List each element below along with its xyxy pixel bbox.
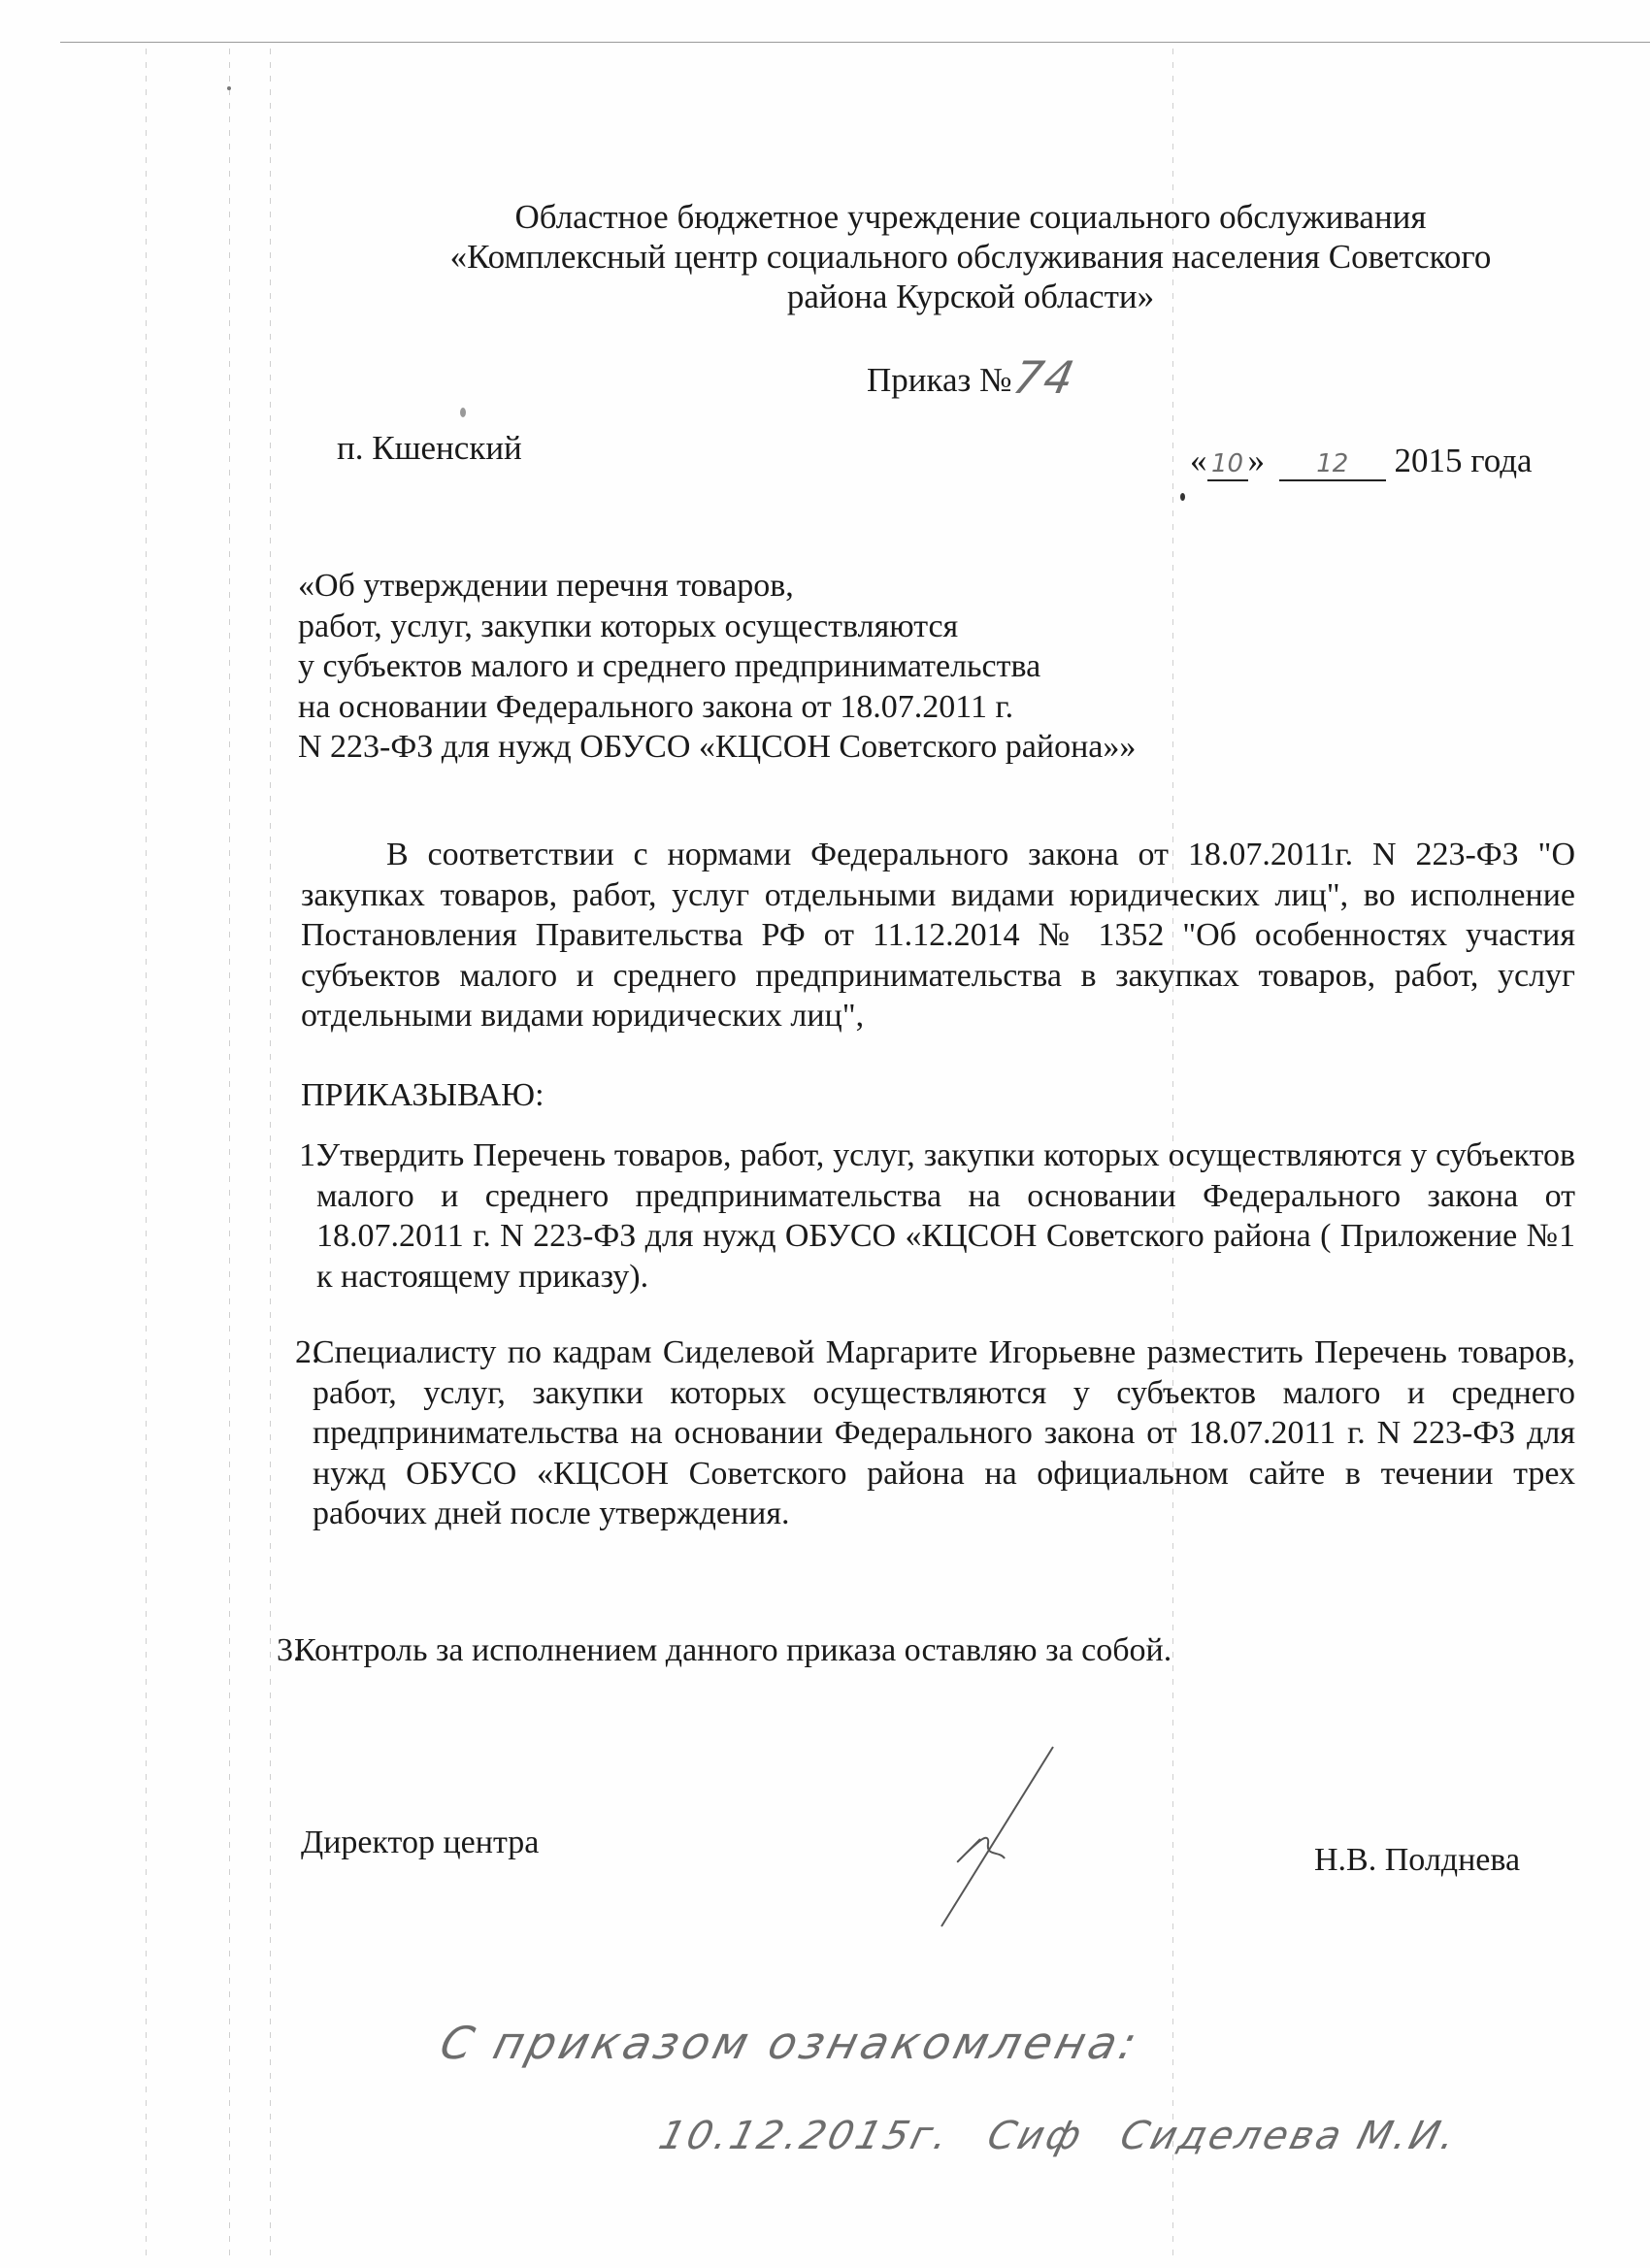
organization-header: Областное бюджетное учреждение социально…	[369, 197, 1572, 316]
header-line: Областное бюджетное учреждение социально…	[369, 197, 1572, 237]
preamble-text: В соответствии с нормами Федерального за…	[301, 835, 1575, 1036]
acknowledgement-signature: Сиф	[983, 2114, 1089, 2158]
subject-line: на основании Федерального закона от 18.0…	[298, 687, 1136, 728]
signatory-title: Директор центра	[301, 1824, 539, 1861]
header-line: района Курской области»	[369, 277, 1572, 316]
item-number: 3.	[277, 1630, 302, 1671]
item-text: Утвердить Перечень товаров, работ, услуг…	[316, 1137, 1575, 1295]
date-close-quote: »	[1248, 442, 1266, 479]
subject-line: N 223-ФЗ для нужд ОБУСО «КЦСОН Советског…	[298, 727, 1136, 768]
order-item-2: 2. Специалисту по кадрам Сиделевой Марга…	[313, 1332, 1575, 1534]
order-directive-word: ПРИКАЗЫВАЮ:	[301, 1077, 544, 1114]
scan-streak	[270, 49, 271, 2261]
scan-speck	[1180, 493, 1185, 501]
item-text: Контроль за исполнением данного приказа …	[294, 1632, 1171, 1668]
date-day-handwritten: 10	[1211, 449, 1243, 478]
order-item-3: 3. Контроль за исполнением данного прика…	[294, 1630, 1575, 1671]
scan-speck	[227, 86, 231, 90]
subject-line: «Об утверждении перечня товаров,	[298, 566, 1136, 607]
acknowledgement-name: Сиделева М.И.	[1116, 2114, 1464, 2158]
acknowledgement-date: 10.12.2015г.	[654, 2114, 955, 2158]
item-number: 2.	[295, 1332, 320, 1373]
header-line: «Комплексный центр социального обслужива…	[369, 237, 1572, 277]
date-day-field: 10	[1207, 445, 1248, 481]
scan-top-edge	[60, 42, 1650, 43]
subject-line: работ, услуг, закупки которых осуществля…	[298, 607, 1136, 647]
scanned-page: Областное бюджетное учреждение социально…	[0, 0, 1650, 2268]
order-item-1: 1. Утвердить Перечень товаров, работ, ус…	[316, 1135, 1575, 1297]
order-date: «10» 12 2015 года	[1190, 442, 1533, 481]
order-title: Приказ №	[867, 361, 1012, 400]
order-subject: «Об утверждении перечня товаров, работ, …	[298, 566, 1136, 768]
acknowledgement-note: С приказом ознакомлена:	[435, 2017, 1145, 2069]
scan-streak	[229, 49, 230, 2261]
acknowledgement-signature-line: 10.12.2015г. Сиф Сиделева М.И.	[654, 2114, 1486, 2158]
item-text: Специалисту по кадрам Сиделевой Маргарит…	[313, 1334, 1575, 1531]
date-month-field: 12	[1279, 445, 1386, 481]
subject-line: у субъектов малого и среднего предприним…	[298, 646, 1136, 687]
date-open-quote: «	[1190, 442, 1207, 479]
date-month-handwritten: 12	[1316, 449, 1348, 478]
place-of-issue: п. Кшенский	[337, 429, 522, 468]
scan-speck	[460, 408, 466, 417]
date-year: 2015 года	[1395, 442, 1533, 479]
item-number: 1.	[299, 1135, 324, 1176]
order-number-handwritten: 74	[1008, 351, 1080, 404]
preamble: В соответствии с нормами Федерального за…	[301, 835, 1575, 1036]
signatory-name: Н.В. Полднева	[1314, 1842, 1520, 1879]
director-signature-icon	[922, 1742, 1068, 1936]
scan-streak	[146, 49, 147, 2261]
